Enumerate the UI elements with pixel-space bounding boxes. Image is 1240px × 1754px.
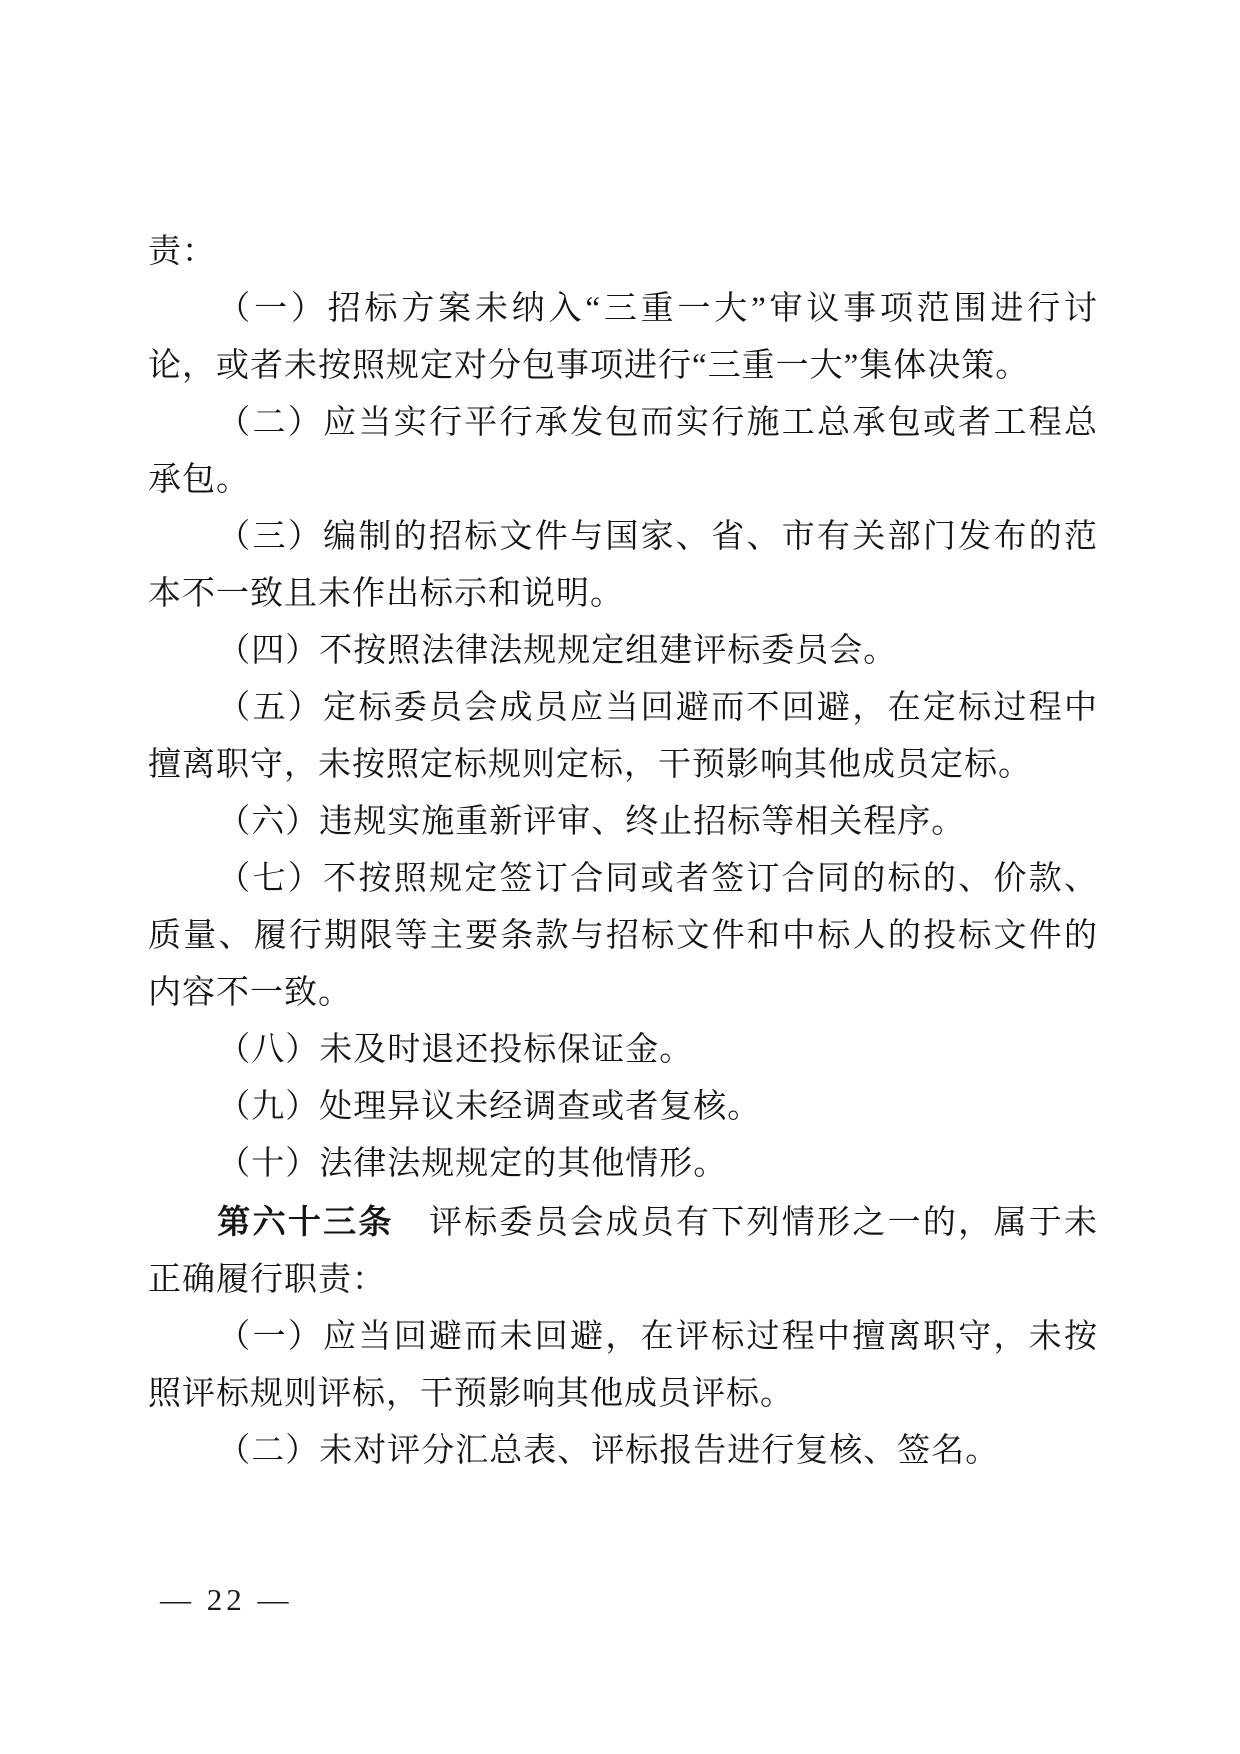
document-body: 责： （一）招标方案未纳入“三重一大”审议事项范围进行讨论，或者未按照规定对分包… — [148, 224, 1098, 1480]
paragraph-item-13: （二）未对评分汇总表、评标报告进行复核、签名。 — [148, 1423, 1098, 1480]
article-number: 第六十三条 — [217, 1203, 393, 1240]
paragraph-item-1: （一）招标方案未纳入“三重一大”审议事项范围进行讨论，或者未按照规定对分包事项进… — [148, 281, 1098, 395]
paragraph-item-9: （九）处理异议未经调查或者复核。 — [148, 1079, 1098, 1136]
paragraph-item-4: （四）不按照法律法规规定组建评标委员会。 — [148, 623, 1098, 680]
document-page: 责： （一）招标方案未纳入“三重一大”审议事项范围进行讨论，或者未按照规定对分包… — [0, 0, 1240, 1754]
paragraph-item-2: （二）应当实行平行承发包而实行施工总承包或者工程总承包。 — [148, 395, 1098, 509]
paragraph-item-6: （六）违规实施重新评审、终止招标等相关程序。 — [148, 794, 1098, 851]
paragraph-continuation: 责： — [148, 224, 1098, 281]
paragraph-item-5: （五）定标委员会成员应当回避而不回避，在定标过程中擅离职守，未按照定标规则定标，… — [148, 680, 1098, 794]
paragraph-item-8: （八）未及时退还投标保证金。 — [148, 1022, 1098, 1079]
paragraph-item-10: （十）法律法规规定的其他情形。 — [148, 1136, 1098, 1193]
page-number: — 22 — — [160, 1582, 293, 1617]
paragraph-item-12: （一）应当回避而未回避，在评标过程中擅离职守，未按照评标规则评标，干预影响其他成… — [148, 1309, 1098, 1423]
paragraph-article-63: 第六十三条 评标委员会成员有下列情形之一的，属于未正确履行职责： — [148, 1193, 1098, 1309]
paragraph-item-3: （三）编制的招标文件与国家、省、市有关部门发布的范本不一致且未作出标示和说明。 — [148, 509, 1098, 623]
paragraph-item-7: （七）不按照规定签订合同或者签订合同的标的、价款、质量、履行期限等主要条款与招标… — [148, 851, 1098, 1022]
page-footer: — 22 — — [160, 1582, 293, 1618]
